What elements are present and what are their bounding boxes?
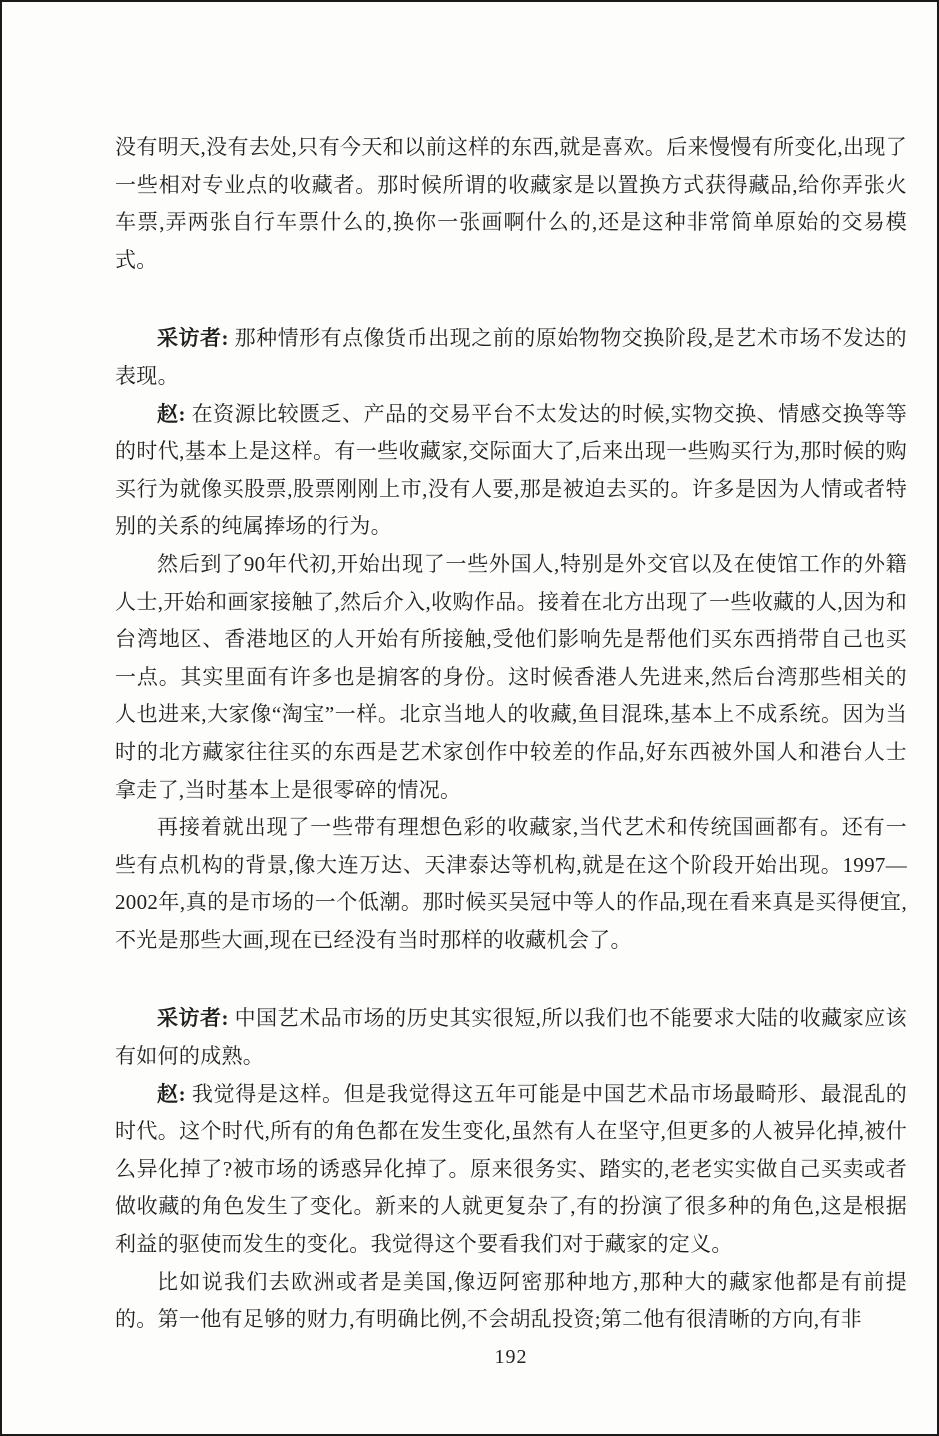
paragraph: 再接着就出现了一些带有理想色彩的收藏家,当代艺术和传统国画都有。还有一些有点机构… [115, 809, 907, 959]
paragraph: 没有明天,没有去处,只有今天和以前这样的东西,就是喜欢。后来慢慢有所变化,出现了… [115, 129, 907, 279]
paragraph: 赵: 我觉得是这样。但是我觉得这五年可能是中国艺术品市场最畸形、最混乱的时代。这… [115, 1076, 907, 1264]
paragraph-text: 比如说我们去欧洲或者是美国,像迈阿密那种地方,那种大的藏家他都是有前提的。第一他… [115, 1270, 907, 1332]
speaker-label: 赵: [157, 402, 186, 426]
paragraph-text: 中国艺术品市场的历史其实很短,所以我们也不能要求大陆的收藏家应该有如何的成熟。 [115, 1006, 907, 1068]
paragraph-text: 再接着就出现了一些带有理想色彩的收藏家,当代艺术和传统国画都有。还有一些有点机构… [115, 815, 907, 952]
paragraph: 比如说我们去欧洲或者是美国,像迈阿密那种地方,那种大的藏家他都是有前提的。第一他… [115, 1264, 907, 1339]
paragraph-text: 我觉得是这样。但是我觉得这五年可能是中国艺术品市场最畸形、最混乱的时代。这个时代… [115, 1082, 907, 1256]
paragraph-text: 然后到了90年代初,开始出现了一些外国人,特别是外交官以及在使馆工作的外籍人士,… [115, 552, 907, 802]
text-block: 没有明天,没有去处,只有今天和以前这样的东西,就是喜欢。后来慢慢有所变化,出现了… [115, 129, 907, 1339]
page-number: 192 [115, 1346, 907, 1369]
paragraph: 采访者: 中国艺术品市场的历史其实很短,所以我们也不能要求大陆的收藏家应该有如何… [115, 1000, 907, 1075]
paragraph: 采访者: 那种情形有点像货币出现之前的原始物物交换阶段,是艺术市场不发达的表现。 [115, 320, 907, 395]
paragraph-text: 那种情形有点像货币出现之前的原始物物交换阶段,是艺术市场不发达的表现。 [115, 326, 907, 388]
speaker-label: 赵: [157, 1082, 186, 1106]
paragraph: 然后到了90年代初,开始出现了一些外国人,特别是外交官以及在使馆工作的外籍人士,… [115, 546, 907, 809]
speaker-label: 采访者: [157, 1006, 229, 1030]
book-page: 没有明天,没有去处,只有今天和以前这样的东西,就是喜欢。后来慢慢有所变化,出现了… [0, 0, 939, 1436]
paragraph-text: 在资源比较匮乏、产品的交易平台不太发达的时候,实物交换、情感交换等等的时代,基本… [115, 402, 907, 539]
paragraph-text: 没有明天,没有去处,只有今天和以前这样的东西,就是喜欢。后来慢慢有所变化,出现了… [115, 135, 907, 272]
speaker-label: 采访者: [157, 326, 229, 350]
paragraph: 赵: 在资源比较匮乏、产品的交易平台不太发达的时候,实物交换、情感交换等等的时代… [115, 396, 907, 546]
